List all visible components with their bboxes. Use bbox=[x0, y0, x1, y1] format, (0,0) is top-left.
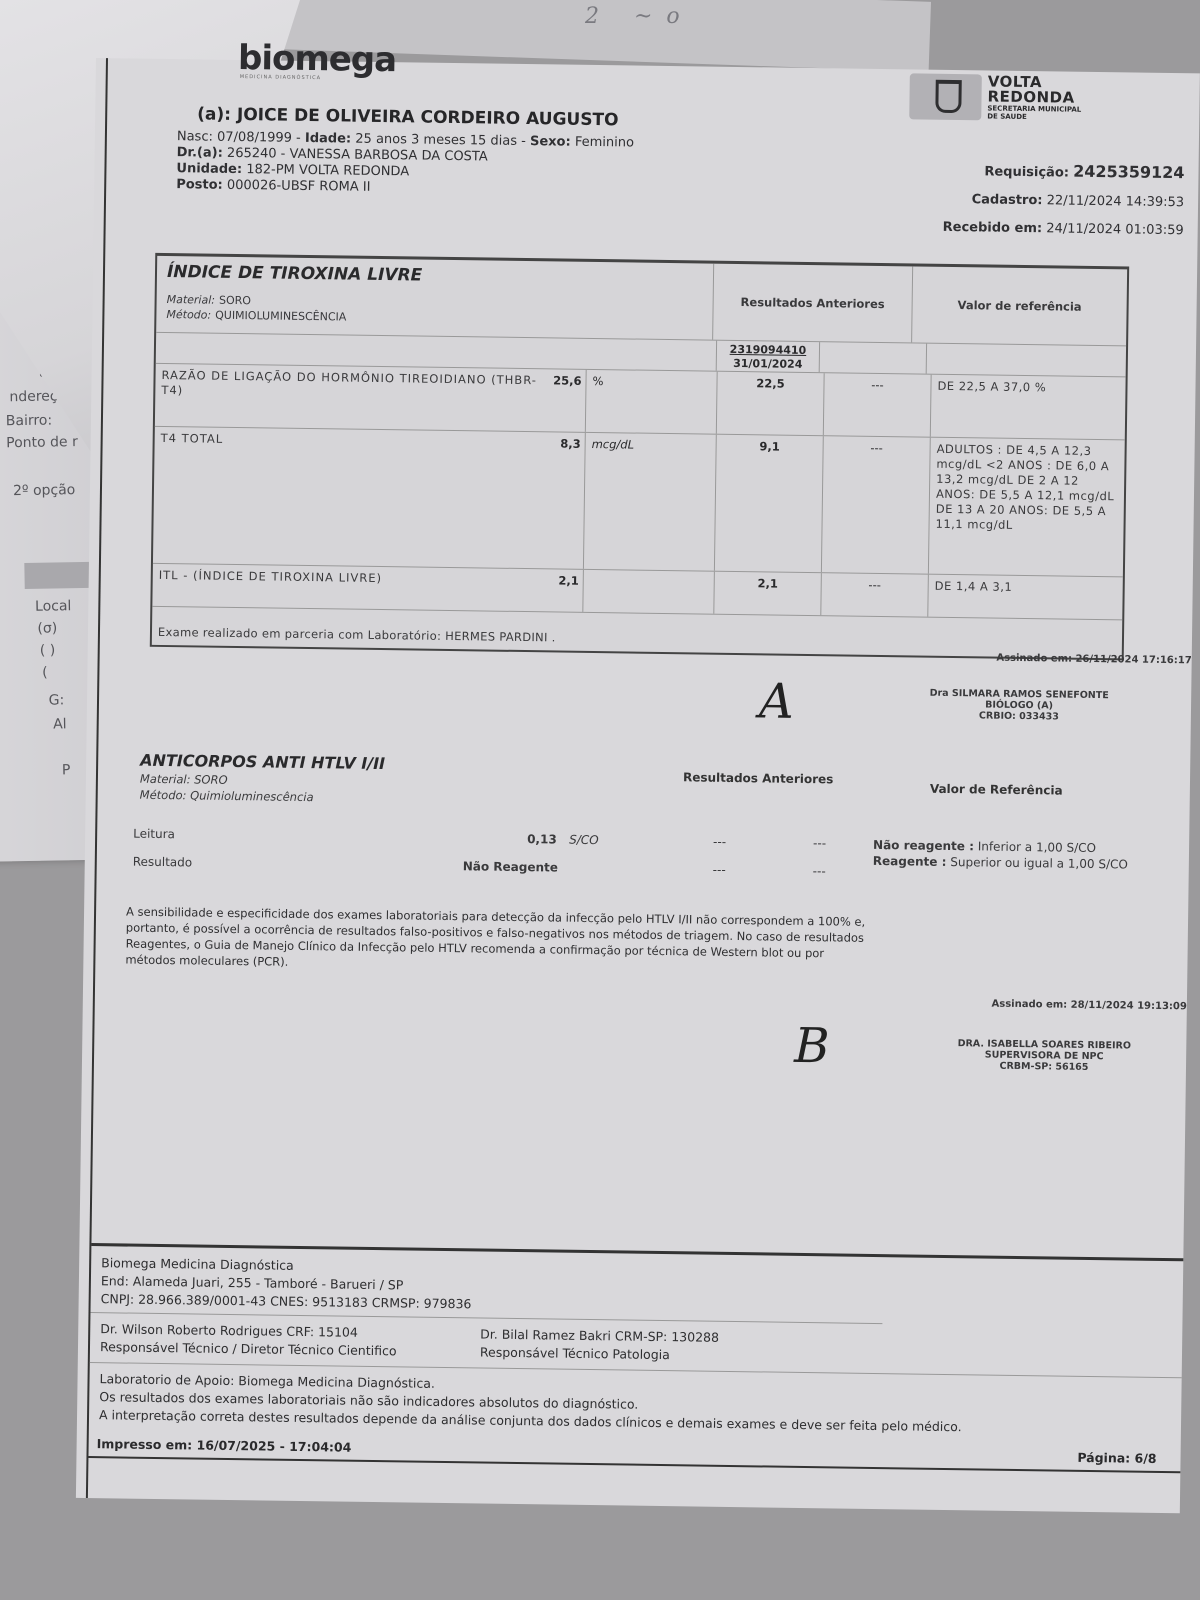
patient-name: (a): JOICE DE OLIVEIRA CORDEIRO AUGUSTO bbox=[197, 104, 619, 130]
form-fragment: ( ) bbox=[40, 642, 56, 658]
signature-mark: B bbox=[794, 1018, 830, 1074]
received-date: Recebido em: 24/11/2024 01:03:59 bbox=[943, 220, 1184, 238]
htlv-exam-title: ANTICORPOS ANTI HTLV I/II bbox=[140, 751, 385, 773]
form-fragment: ( bbox=[42, 665, 48, 681]
exam-title: ÍNDICE DE TIROXINA LIVRE bbox=[167, 262, 703, 289]
support-notes: Laboratorio de Apoio: Biomega Medicina D… bbox=[99, 1370, 962, 1436]
city-crest-icon bbox=[909, 73, 982, 120]
form-fragment: Ponto de r bbox=[6, 434, 78, 451]
print-info-bar: Impresso em: 16/07/2025 - 17:04:04 Págin… bbox=[89, 1436, 1181, 1451]
signature-mark: A bbox=[759, 673, 794, 729]
form-fragment: G: bbox=[49, 692, 65, 708]
thyroxine-index-table: ÍNDICE DE TIROXINA LIVRE Material:SORO M… bbox=[150, 253, 1129, 661]
previous-results-header: Resultados Anteriores bbox=[713, 264, 913, 343]
footer-bottom-border bbox=[88, 1456, 1180, 1473]
requisition-number: Requisição: 2425359124 bbox=[984, 160, 1184, 182]
biomega-logo-subtitle: MEDICINA DIAGNÓSTICA bbox=[240, 74, 321, 81]
form-fragment: Local bbox=[35, 598, 72, 615]
htlv-previous-results-header: Resultados Anteriores bbox=[683, 770, 834, 786]
reference-header: Valor de referência bbox=[912, 266, 1127, 345]
htlv-reference-header: Valor de Referência bbox=[930, 782, 1063, 798]
page-number: Página: 6/8 bbox=[1077, 1450, 1156, 1466]
form-fragment: 2º opção bbox=[13, 482, 76, 499]
registration-date: Cadastro: 22/11/2024 14:39:53 bbox=[972, 192, 1185, 210]
health-post: Posto: 000026-UBSF ROMA II bbox=[176, 177, 370, 195]
lab-info: Biomega Medicina Diagnóstica End: Alamed… bbox=[101, 1254, 473, 1313]
form-fragment: Al bbox=[53, 716, 67, 732]
htlv-disclaimer: A sensibilidade e especificidade dos exa… bbox=[125, 904, 866, 978]
previous-result-reference: 231909441031/01/2024 bbox=[716, 341, 820, 372]
volta-redonda-logo: VOLTA REDONDA SECRETARIA MUNICIPAL DE SA… bbox=[909, 71, 1100, 124]
exam2-signed-date: Assinado em: 28/11/2024 19:13:09 bbox=[991, 999, 1186, 1013]
form-fragment: P bbox=[62, 762, 71, 778]
htlv-material-method: Material: SORO Método: Quimioluminescênc… bbox=[140, 771, 314, 805]
responsible-1: Dr. Wilson Roberto Rodrigues CRF: 15104 … bbox=[100, 1320, 397, 1360]
htlv-reference-values: Não reagente : Inferior a 1,00 S/CO Reag… bbox=[873, 837, 1138, 873]
exam1-signed-date: Assinado em: 26/11/2024 17:16:17 bbox=[996, 653, 1191, 667]
form-fragment: Bairro: bbox=[6, 412, 53, 429]
lab-report-page: biomega MEDICINA DIAGNÓSTICA (a): JOICE … bbox=[76, 58, 1200, 1513]
exam1-signer: Dra SILMARA RAMOS SENEFONTE BIÓLOGO (A) … bbox=[914, 687, 1124, 723]
result-row-t4-total: T4 TOTAL 8,3 mcg/dL 9,1 --- ADULTOS : DE… bbox=[153, 427, 1125, 578]
printed-date: Impresso em: 16/07/2025 - 17:04:04 bbox=[97, 1436, 352, 1455]
exam2-signer: DRA. ISABELLA SOARES RIBEIRO SUPERVISORA… bbox=[944, 1038, 1144, 1074]
handwritten-note: 2 ~o bbox=[585, 4, 694, 29]
responsible-2: Dr. Bilal Ramez Bakri CRM-SP: 130288 Res… bbox=[480, 1325, 719, 1364]
form-fragment: (σ) bbox=[37, 620, 57, 636]
